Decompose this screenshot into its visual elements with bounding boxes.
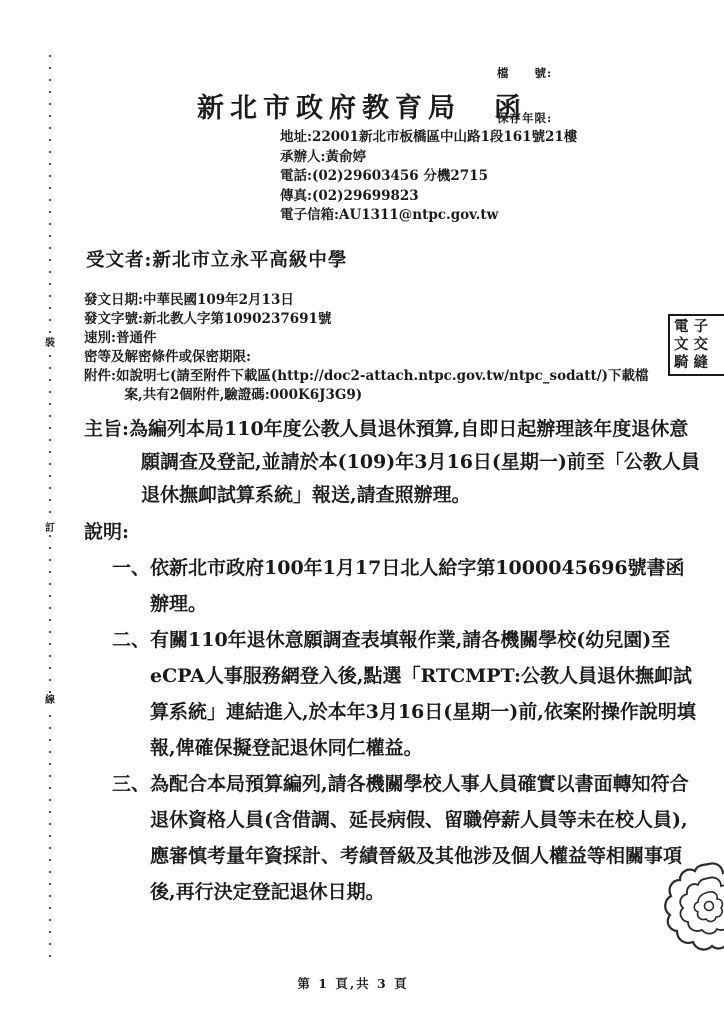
seam-stamp-row: 電子	[674, 318, 724, 336]
meta-speed: 速別:普通件	[84, 329, 659, 348]
letter-body: 主旨:為編列本局110年度公教人員退休預算,自即日起辦理該年度退休意願調查及登記…	[84, 413, 662, 910]
sender-address: 地址:22001新北市板橋區中山路1段161號21樓	[280, 128, 590, 148]
description-item-1-text: 依新北市政府100年1月17日北人給字第1000045696號書函辦理。	[150, 557, 685, 615]
subject-paragraph: 主旨:為編列本局110年度公教人員退休預算,自即日起辦理該年度退休意願調查及登記…	[84, 413, 706, 512]
meta-attachment-label: 附件:	[84, 368, 116, 384]
description-item-2-number: 二、	[112, 629, 150, 651]
file-number-label: 檔 號:	[497, 66, 552, 81]
footer-page-number: 第 1 頁,共 3 頁	[0, 974, 706, 992]
official-letter-page: 裝 訂 線 檔 號: 保存年限: 新北市政府教育局 函 地址:22001新北市板…	[0, 0, 724, 1024]
meta-issue-date: 發文日期:中華民國109年2月13日	[84, 291, 659, 310]
description-item-3-text: 為配合本局預算編列,請各機關學校人事人員確實以書面轉知符合退休資格人員(含借調、…	[150, 773, 689, 903]
seam-stamp-row: 騎縫	[674, 354, 724, 372]
stamp-char: 電	[674, 318, 694, 335]
stamp-char: 文	[674, 336, 694, 353]
document-meta-block: 發文日期:中華民國109年2月13日 發文字號:新北教人字第1090237691…	[84, 291, 659, 405]
meta-security-label: 密等及解密條件或保密期限:	[84, 349, 251, 365]
meta-attachment: 附件:如說明七(請至附件下載區(http://doc2-attach.ntpc.…	[84, 367, 659, 405]
subject-text: 為編列本局110年度公教人員退休預算,自即日起辦理該年度退休意願調查及登記,並請…	[129, 418, 700, 506]
meta-speed-label: 速別:	[84, 330, 116, 346]
meta-security: 密等及解密條件或保密期限:	[84, 348, 659, 367]
seam-stamp-row: 文交	[674, 336, 724, 354]
sender-contact-person: 承辦人:黃俞婷	[280, 148, 590, 168]
sender-contact-block: 地址:22001新北市板橋區中山路1段161號21樓 承辦人:黃俞婷 電話:(0…	[280, 128, 590, 226]
meta-speed-value: 普通件	[116, 330, 157, 346]
description-item-1: 一、依新北市政府100年1月17日北人給字第1000045696號書函辦理。	[112, 550, 698, 622]
description-item-2: 二、有關110年退休意願調查表填報作業,請各機關學校(幼兒園)至eCPA人事服務…	[112, 622, 698, 766]
sender-phone: 電話:(02)29603456 分機2715	[280, 167, 590, 187]
flower-stamp-icon	[662, 860, 724, 955]
stamp-char: 交	[694, 336, 714, 353]
binding-mark-zhuang: 裝	[44, 338, 56, 350]
meta-doc-number-value: 新北教人字第1090237691號	[143, 311, 331, 327]
meta-doc-number: 發文字號:新北教人字第1090237691號	[84, 310, 659, 329]
description-item-2-text: 有關110年退休意願調查表填報作業,請各機關學校(幼兒園)至eCPA人事服務網登…	[150, 629, 696, 759]
subject-label: 主旨:	[84, 418, 129, 440]
seam-stamp-box: 電子 文交 騎縫	[668, 314, 724, 376]
binding-dotted-line: 裝 訂 線	[49, 55, 51, 960]
stamp-char: 騎	[674, 354, 694, 371]
description-label: 說明:	[84, 514, 662, 550]
sender-fax: 傳真:(02)29699823	[280, 187, 590, 207]
description-item-3-number: 三、	[112, 773, 150, 795]
meta-doc-number-label: 發文字號:	[84, 311, 143, 327]
sender-email: 電子信箱:AU1311@ntpc.gov.tw	[280, 206, 590, 226]
description-item-3: 三、為配合本局預算編列,請各機關學校人事人員確實以書面轉知符合退休資格人員(含借…	[112, 766, 698, 910]
meta-attachment-value: 如說明七(請至附件下載區(http://doc2-attach.ntpc.gov…	[116, 368, 649, 403]
binding-mark-ding: 訂	[44, 523, 56, 535]
stamp-char: 縫	[694, 354, 714, 371]
description-item-1-number: 一、	[112, 557, 150, 579]
meta-issue-date-value: 中華民國109年2月13日	[143, 292, 294, 308]
meta-issue-date-label: 發文日期:	[84, 292, 143, 308]
stamp-char: 子	[694, 318, 714, 335]
recipient-line: 受文者:新北市立永平高級中學	[86, 246, 347, 272]
document-title: 新北市政府教育局 函	[0, 86, 724, 125]
binding-mark-xian: 線	[44, 695, 56, 707]
